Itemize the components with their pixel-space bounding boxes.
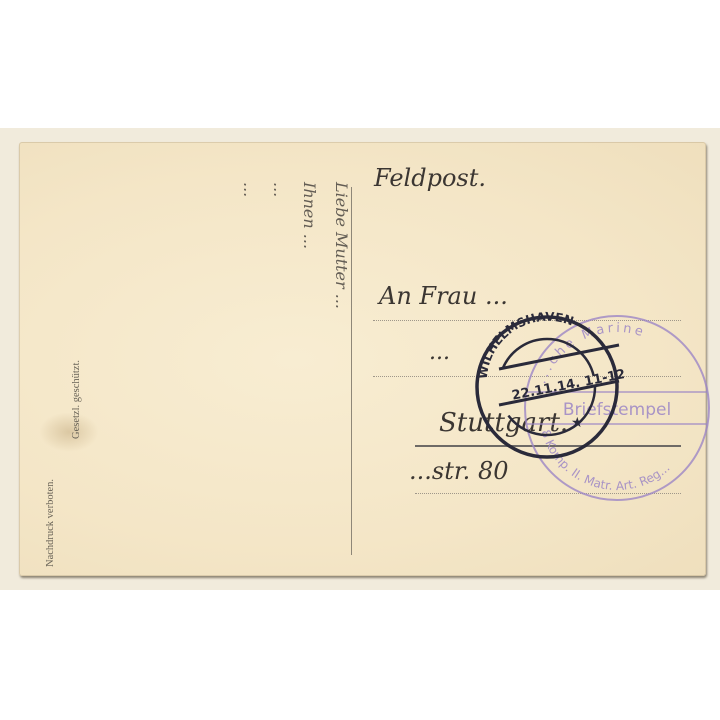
message-line-1: Liebe Mutter ...: [332, 182, 351, 309]
recipient-line-2: ...: [429, 340, 450, 365]
message-line-2: Ihnen ...: [300, 182, 319, 249]
postmark: WILHELMSHAVEN 22.11.14. 11-12N ★: [469, 307, 624, 462]
center-divider: [351, 187, 352, 555]
stain: [39, 412, 99, 452]
postmark-star: ★: [571, 415, 584, 431]
printed-reprint-notice: Nachdruck verboten.: [45, 479, 56, 567]
postmark-date: 22.11.14. 11-12N: [511, 365, 624, 404]
message-line-3: ...: [270, 182, 289, 197]
feldpost-note: Feldpost.: [374, 164, 486, 192]
printed-copyright-notice: Gesetzl. geschützt.: [71, 360, 82, 439]
recipient-name: An Frau ...: [379, 282, 508, 310]
message-line-4: ...: [240, 182, 259, 197]
postcard: Nachdruck verboten. Gesetzl. geschützt. …: [19, 142, 706, 576]
